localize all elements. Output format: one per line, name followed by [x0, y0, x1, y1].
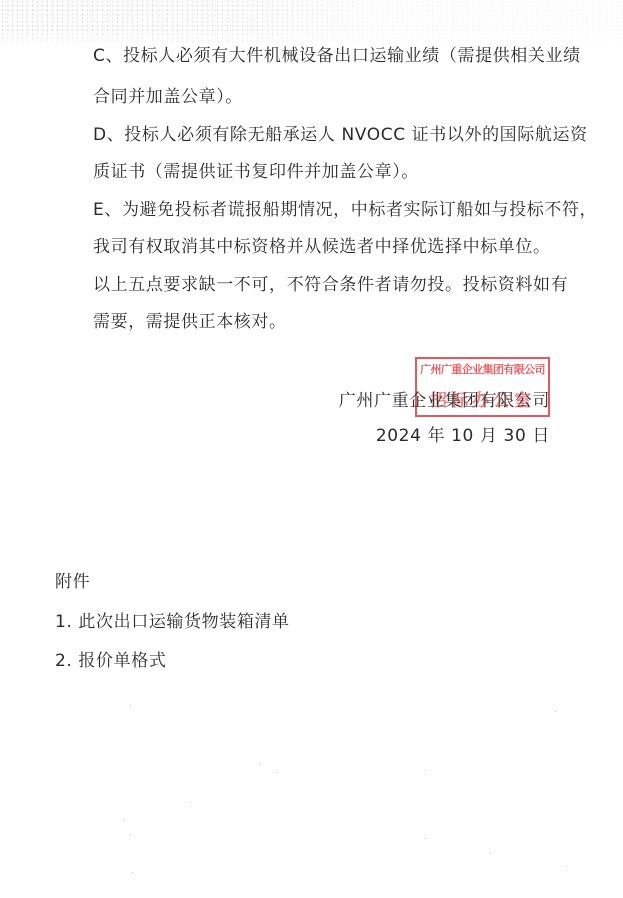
scan-speck: [490, 853, 491, 854]
attachments-heading: 附件: [55, 572, 90, 592]
attachment-item-2: 2. 报价单格式: [55, 651, 166, 671]
requirement-c-line-2: 合同并加盖公章）。: [93, 87, 243, 107]
scan-speck: [130, 705, 131, 706]
scan-speck: [130, 834, 131, 835]
scan-speck: [277, 772, 278, 773]
signature-date: 2024 年 10 月 30 日: [376, 426, 550, 446]
scan-speck: [260, 763, 261, 764]
note-line-1: 以上五点要求缺一不可，不符合条件者请勿投。投标资料如有: [93, 275, 568, 295]
document-page: C、投标人必须有大件机械设备出口运输业绩（需提供相关业绩 合同并加盖公章）。 D…: [0, 0, 623, 898]
requirement-c-line-1: C、投标人必须有大件机械设备出口运输业绩（需提供相关业绩: [93, 46, 581, 66]
signature-company: 广州广重企业集团有限公司: [339, 391, 550, 411]
requirement-d-line-2: 质证书（需提供证书复印件并加盖公章）。: [93, 162, 419, 182]
scan-speck: [555, 711, 556, 712]
scan-speck: [190, 802, 191, 803]
note-line-2: 需要，需提供正本核对。: [93, 312, 287, 332]
scan-speck: [425, 838, 426, 839]
requirement-e-line-1: E、为避免投标者谎报船期情况，中标者实际订船如与投标不符，: [93, 200, 597, 220]
requirement-d-line-1: D、投标人必须有除无船承运人 NVOCC 证书以外的国际航运资: [93, 125, 588, 145]
scan-speck: [123, 820, 124, 821]
scan-speck: [566, 866, 567, 867]
requirement-e-line-2: 我司有权取消其中标资格并从候选者中择优选择中标单位。: [93, 237, 551, 257]
scan-speck: [425, 770, 426, 771]
stamp-company-text: 广州广重企业集团有限公司: [417, 363, 548, 377]
attachment-item-1: 1. 此次出口运输货物装箱清单: [55, 612, 290, 632]
scan-speck: [132, 872, 133, 873]
